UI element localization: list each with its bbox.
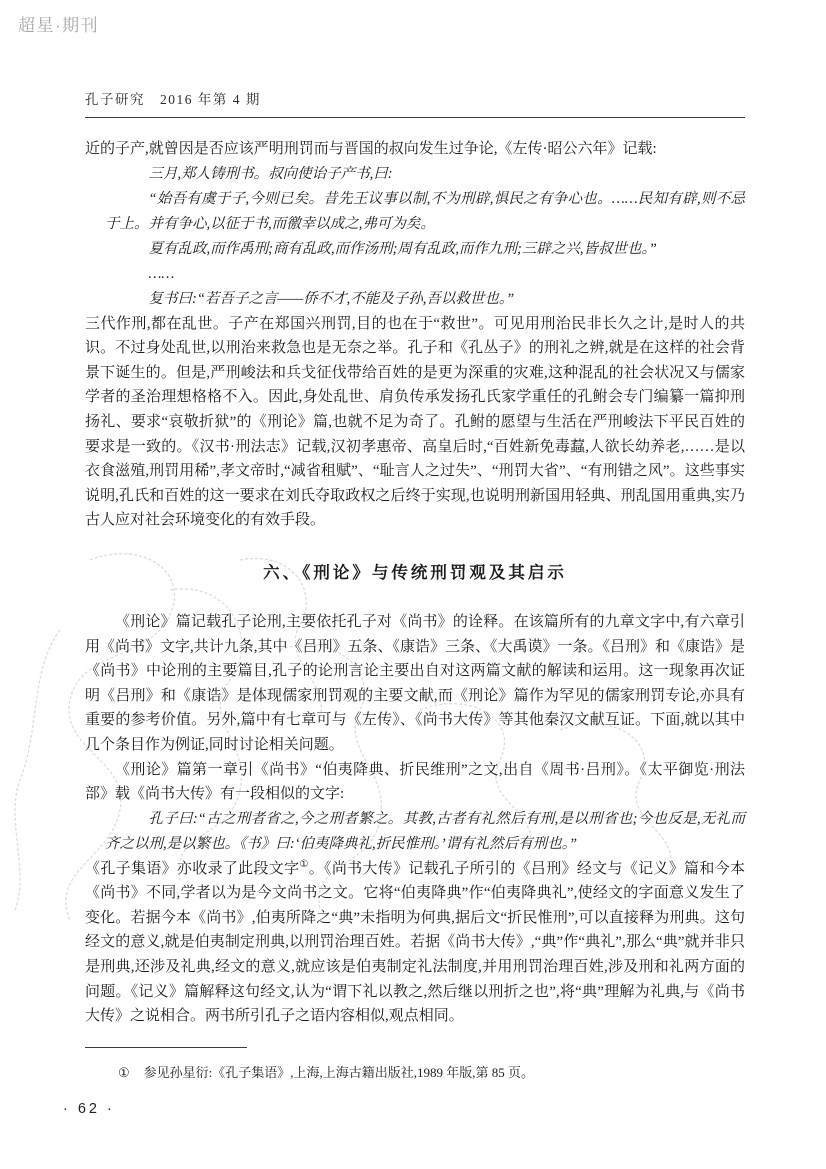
quote-block-shangshu-dazhuan: 孔子曰:“古之刑者省之,今之刑者繁之。其教,古者有礼然后有刑,是以刑省也;今也反… bbox=[105, 807, 745, 857]
article-content: 孔子研究 2016 年第 4 期 近的子产,就曾因是否应该严明刑罚而与晋国的叔向… bbox=[85, 88, 745, 1117]
footnote-marker: ① bbox=[118, 1065, 130, 1080]
platform-logo: 超星·期刊 bbox=[18, 11, 99, 36]
paragraph-jiyu: 《孔子集语》亦收录了此段文字①。《尚书大传》记载孔子所引的《吕刑》经文与《记义》… bbox=[85, 857, 745, 1029]
quote-line: “始吾有虞于子,今则已矣。昔先王议事以制,不为刑辟,惧民之有争心也。……民知有辟… bbox=[105, 187, 745, 237]
page-number: · 62 · bbox=[63, 1101, 745, 1117]
quote-line: 复书曰:“若吾子之言——侨不才,不能及子孙,吾以救世也。” bbox=[105, 287, 745, 312]
footnote-ref: ① bbox=[299, 859, 308, 870]
paragraph-sandai: 三代作刑,都在乱世。子产在郑国兴刑罚,目的也在于“救世”。可见用刑治民非长久之计… bbox=[85, 312, 745, 533]
journal-header: 孔子研究 2016 年第 4 期 bbox=[85, 88, 745, 108]
quote-line: 夏有乱政,而作禹刑;商有乱政,而作汤刑;周有乱政,而作九刑;三辟之兴,皆叔世也。… bbox=[105, 237, 745, 262]
quote-line: 三月,郑人铸刑书。叔向使诒子产书,曰: bbox=[105, 162, 745, 187]
paragraph-chapter1: 《刑论》篇第一章引《尚书》“伯夷降典、折民维刑”之文,出自《周书·吕刑》。《太平… bbox=[85, 758, 745, 807]
paragraph-intro: 近的子产,就曾因是否应该严明刑罚而与晋国的叔向发生过争论,《左传·昭公六年》记载… bbox=[85, 137, 745, 162]
section-heading: 六、《刑论》与传统刑罚观及其启示 bbox=[85, 559, 745, 583]
scanned-journal-page: 超星·期刊 孔子研究 2016 年第 4 期 近的子产,就曾因是否应该严明刑罚而… bbox=[0, 0, 826, 1169]
quote-line: …… bbox=[105, 262, 745, 287]
paragraph-xinglun: 《刑论》篇记载孔子论刑,主要依托孔子对《尚书》的诠释。在该篇所有的九章文字中,有… bbox=[85, 610, 745, 758]
quote-block-zuozhuan: 三月,郑人铸刑书。叔向使诒子产书,曰: “始吾有虞于子,今则已矣。昔先王议事以制… bbox=[105, 162, 745, 312]
paragraph-jiyu-text: 。《尚书大传》记载孔子所引的《吕刑》经文与《记义》篇和今本《尚书》不同,学者以为… bbox=[85, 861, 745, 1025]
quote-line: 孔子曰:“古之刑者省之,今之刑者繁之。其教,古者有礼然后有刑,是以刑省也;今也反… bbox=[105, 807, 745, 857]
header-rule bbox=[85, 117, 745, 118]
paragraph-jiyu-text: 《孔子集语》亦收录了此段文字 bbox=[85, 861, 299, 877]
footnote-separator bbox=[85, 1047, 247, 1048]
footnote: ①参见孙星衍:《孔子集语》,上海,上海古籍出版社,1989 年版,第 85 页。 bbox=[85, 1063, 745, 1083]
footnote-text: 参见孙星衍:《孔子集语》,上海,上海古籍出版社,1989 年版,第 85 页。 bbox=[144, 1065, 534, 1080]
